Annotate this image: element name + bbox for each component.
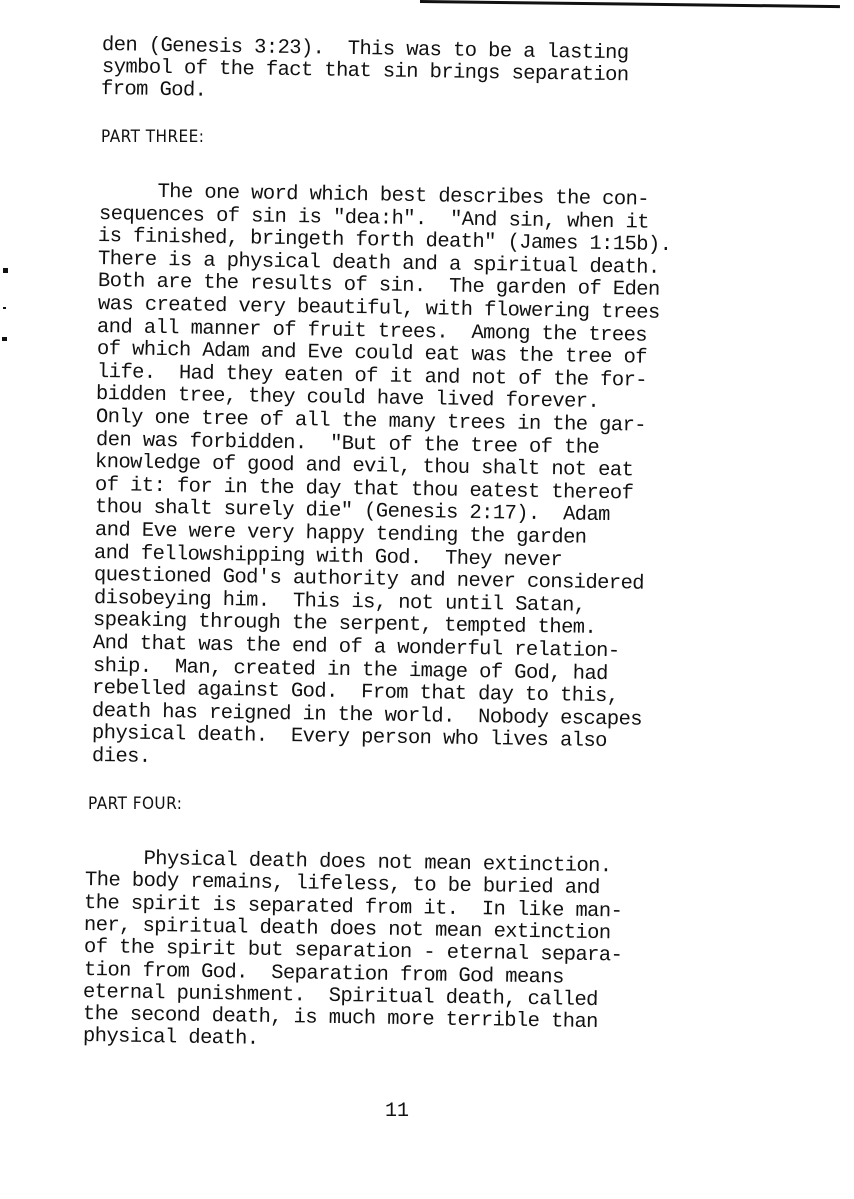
document-page: den (Genesis 3:23). This was to be a las… bbox=[0, 0, 854, 1199]
top-rule bbox=[420, 0, 840, 8]
scan-speck bbox=[3, 307, 6, 309]
text-line: dies. bbox=[91, 746, 150, 769]
scan-speck bbox=[2, 337, 7, 341]
text-line: from God. bbox=[101, 79, 207, 103]
scan-speck bbox=[3, 268, 8, 273]
section-heading-part-three: PART THREE: bbox=[101, 126, 204, 148]
text-line: physical death. Every person who lives a… bbox=[92, 723, 607, 753]
page-number: 11 bbox=[385, 1100, 409, 1123]
text-line: physical death. bbox=[82, 1026, 258, 1051]
section-heading-part-four: PART FOUR: bbox=[88, 793, 182, 815]
